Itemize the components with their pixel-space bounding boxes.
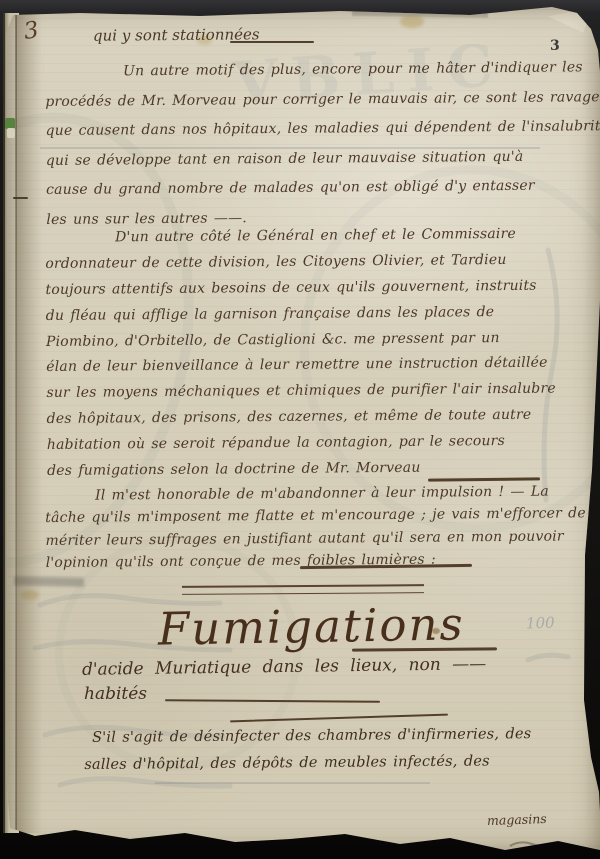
photographed-manuscript: VBLIC 100 3 3 qui y sont stationnées xyxy=(0,0,600,859)
binding-thread-knot xyxy=(7,128,15,138)
edge-shading xyxy=(0,0,600,859)
manuscript-page: VBLIC 100 3 3 qui y sont stationnées xyxy=(0,0,600,859)
